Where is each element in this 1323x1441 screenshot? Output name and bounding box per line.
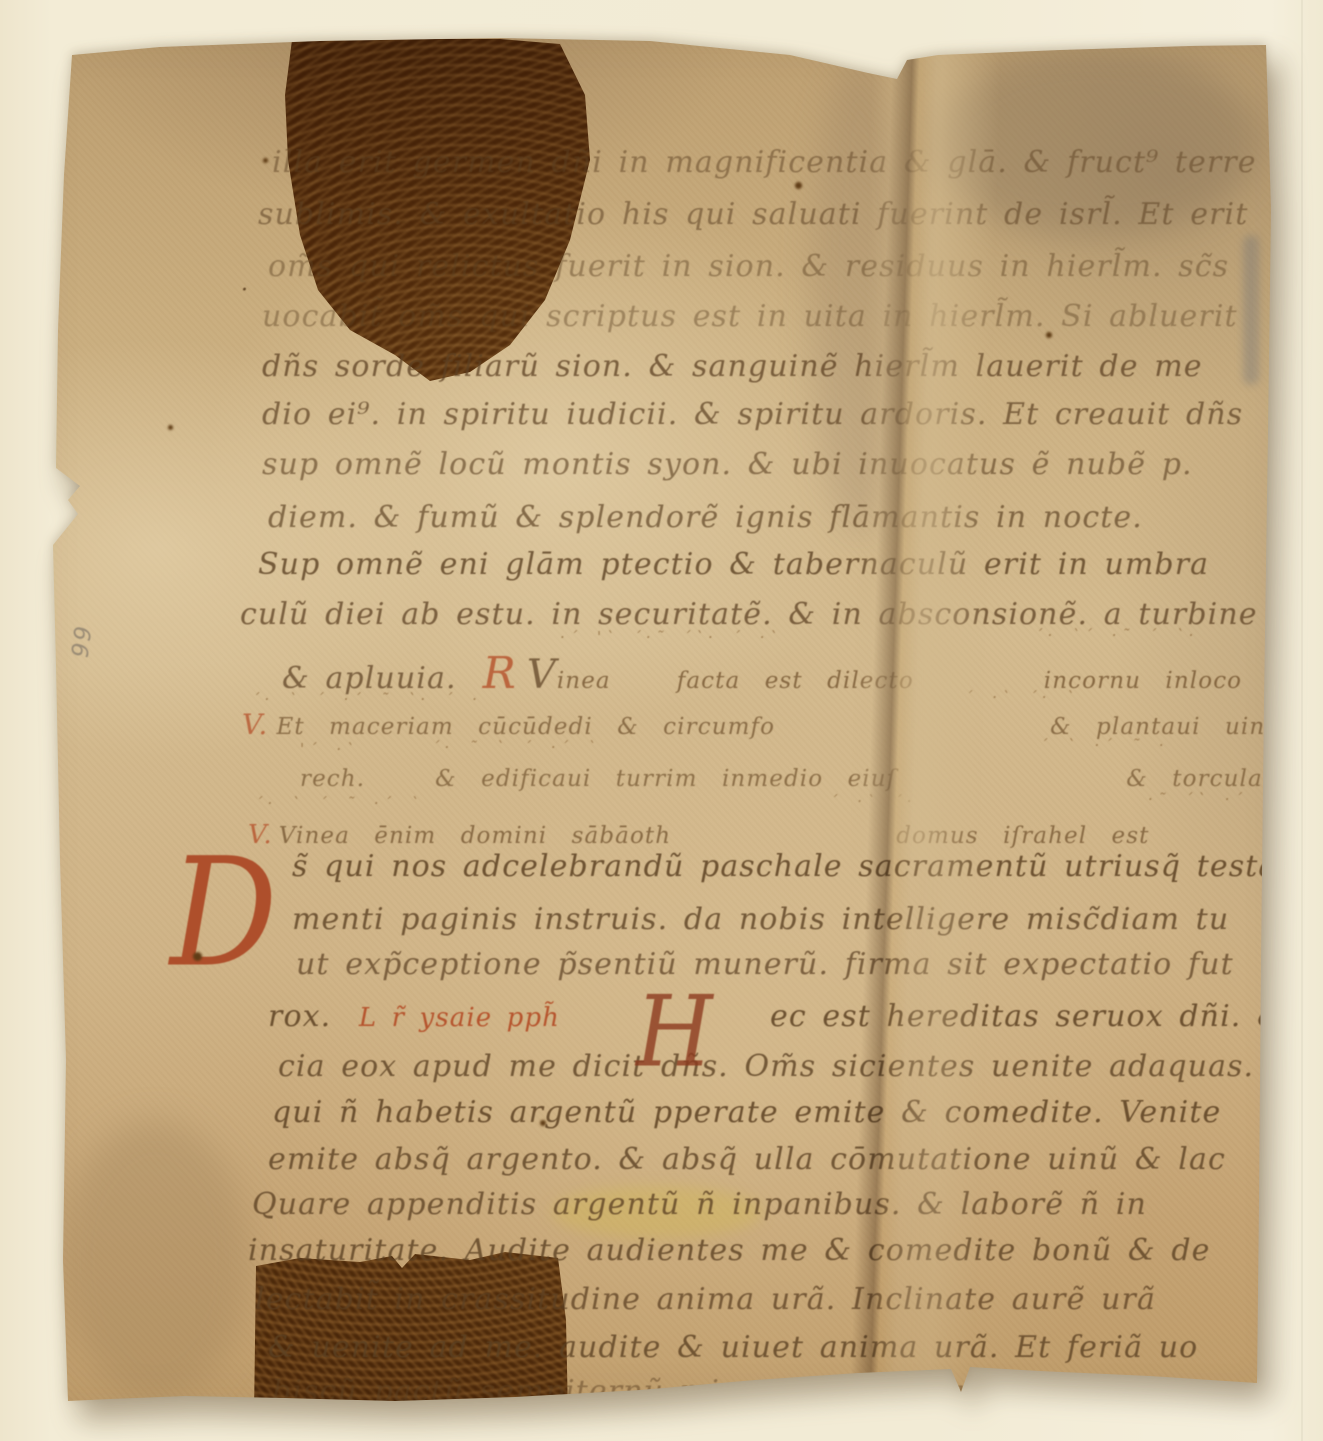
ink-segment: sup omnẽ locũ montis syon. & ubi inuocat…: [262, 447, 1193, 482]
ink-segment: illa erit germen dñi in magnificentia & …: [272, 145, 1257, 180]
text-line: biscũ pactũ sempiternũ misericordias dau…: [272, 1377, 1130, 1407]
text-line: lectabit̃ in crassitudine anima urã. Inc…: [255, 1285, 1156, 1315]
neume-row: '´ ·`: [300, 742, 359, 757]
text-line: diem. & fumũ & splendorẽ ignis flāmantis…: [268, 503, 1143, 533]
ink-speck: [1046, 332, 1052, 338]
ink-segment: ·´ '` ´·˜ ´`· ´ ·`: [560, 628, 782, 646]
ink-segment: V: [527, 652, 557, 698]
ink-segment: s̃ qui nos adcelebrandũ paschale sacrame…: [292, 849, 1277, 884]
ink-speck: [540, 1120, 546, 1126]
text-line: sublimis. & exultatio his qui saluati fu…: [258, 200, 1248, 230]
rubric-segment: R: [483, 648, 517, 699]
ink-segment: biscũ pactũ sempiternũ misericordias dau…: [272, 1374, 1130, 1409]
ink-segment: cia eox apud me dicit dñs. Om̃s siciente…: [278, 1049, 1298, 1084]
ink-segment: om̃s qui relictus fuerit in sion. & resi…: [268, 249, 1229, 284]
initial-D: D: [170, 838, 279, 988]
text-line: sup omnẽ locũ montis syon. & ubi inuocat…: [262, 450, 1193, 480]
ink-speck: [193, 952, 202, 961]
ink-segment: dio ei⁹. in spiritu iudicii. & spiritu a…: [262, 397, 1243, 432]
ink-segment: & uenite ad me. audite & uiuet anima urã…: [268, 1330, 1198, 1365]
neume-row: ·´ '` ´·˜ ´`· ´ ·`: [560, 630, 782, 645]
text-line: om̃s qui relictus fuerit in sion. & resi…: [268, 252, 1229, 282]
rubric-segment: V.: [242, 708, 268, 741]
parchment-shadow: 99 · illa erit germen dñi in magnificent…: [0, 0, 1323, 1441]
ink-segment: emite absq̃ argento. & absq̃ ulla cōmuta…: [268, 1142, 1226, 1177]
text-line: dio ei⁹. in spiritu iudicii. & spiritu a…: [262, 400, 1243, 430]
text-line: s̃ qui nos adcelebrandũ paschale sacrame…: [292, 852, 1277, 882]
text-line: ut exp̃ceptione p̃sentiũ munerũ. firma s…: [296, 950, 1234, 980]
ink-speck: [795, 182, 802, 189]
ink-segment: '´ ·`: [300, 740, 359, 758]
text-line: & uenite ad me. audite & uiuet anima urã…: [268, 1333, 1198, 1363]
text-line: Quare appenditis argentũ ñ inpanibus. & …: [252, 1190, 1147, 1220]
text-line: rech.& edificaui turrim inmedio eiuſ& to…: [300, 762, 1323, 792]
text-line: Sup omnẽ eni glām ptectio & tabernaculũ …: [258, 550, 1209, 580]
ink-segment: Vinea ēnim domini sābāoth: [279, 823, 671, 849]
ink-segment: ´· ` ´ ·´ ˜ `· ´ ·: [252, 690, 482, 708]
text-line: menti paginis instruis. da nobis intelli…: [292, 905, 1229, 935]
ink-segment: ´ ` ·´ ˜ ·: [1040, 736, 1169, 754]
ink-segment: incornu inloco ūber: [1044, 668, 1323, 694]
parchment: 99 · illa erit germen dñi in magnificent…: [0, 0, 1323, 1441]
text-line: V.Vinea ēnim domini sābāothdomus iſrahel…: [248, 816, 1323, 849]
text-line: illa erit germen dñi in magnificentia & …: [272, 148, 1257, 178]
ink-segment: Et maceriam cūcūdedi & circumfo: [276, 714, 775, 740]
ink-segment: & edificaui turrim inmedio eiuſ: [435, 766, 896, 792]
neume-row: ´ ` ·´ ˜ ·: [1040, 738, 1169, 753]
ink-segment: inea: [557, 668, 611, 694]
text-line: dñs sorde filiarũ sion. & sanguinẽ hierl…: [262, 352, 1203, 382]
manuscript-photo: 99 · illa erit germen dñi in magnificent…: [0, 0, 1323, 1441]
ink-segment: diem. & fumũ & splendorẽ ignis flāmantis…: [268, 500, 1143, 535]
text-line: insaturitate. Audite audientes me & come…: [248, 1236, 1211, 1266]
ink-segment: Quare appenditis argentũ ñ inpanibus. & …: [252, 1187, 1147, 1222]
ink-segment: ´· ˜ ` ´ ·´ `: [432, 738, 600, 756]
text-line: emite absq̃ argento. & absq̃ ulla cōmuta…: [268, 1145, 1226, 1175]
rubric-segment: OR: [1280, 813, 1323, 851]
text-line: rox. L r̃ ysaie pph̃ec est hereditas ser…: [268, 1002, 1323, 1032]
neume-row: ´· `´ ·˜ ´ `·: [1035, 628, 1198, 643]
ink-segment: lectabit̃ in crassitudine anima urã. Inc…: [255, 1282, 1156, 1317]
text-layer: 99 · illa erit germen dñi in magnificent…: [0, 0, 1323, 1441]
text-line: qui ñ habetis argentũ pperate emite & co…: [272, 1098, 1221, 1128]
ink-segment: dñs sorde filiarũ sion. & sanguinẽ hierl…: [262, 349, 1203, 384]
margin-dot: ·: [241, 278, 249, 303]
ink-segment: qui ñ habetis argentũ pperate emite & co…: [272, 1095, 1221, 1130]
ink-segment: Sup omnẽ eni glām ptectio & tabernaculũ …: [258, 547, 1209, 582]
text-line: cia eox apud me dicit dñs. Om̃s siciente…: [278, 1052, 1298, 1082]
ink-segment: ut exp̃ceptione p̃sentiũ munerũ. firma s…: [296, 947, 1234, 982]
ink-segment: ´· `´ ·˜ ´ `·: [1035, 626, 1198, 644]
initial-H: H: [636, 983, 714, 1082]
ink-segment: ´· ` ´ ˜ ·´ `: [255, 794, 423, 812]
ink-segment: ec est hereditas seruox dñi. & ius: [770, 999, 1323, 1034]
neume-row: ´· ` ´ ·´ ˜ `· ´ ·: [252, 692, 482, 707]
ink-segment: rox.: [268, 999, 347, 1034]
ink-speck: [168, 425, 173, 430]
text-line: uocabit̃ om̃s qui scriptus est in uita i…: [262, 302, 1238, 332]
neume-row: ´· ` ´ ˜ ·´ `: [255, 796, 423, 811]
rubric-segment: L r̃ ysaie pph̃: [359, 1003, 560, 1033]
ink-segment: rech.: [300, 766, 365, 792]
ink-segment: menti paginis instruis. da nobis intelli…: [292, 902, 1229, 937]
ink-segment: sublimis. & exultatio his qui saluati fu…: [258, 197, 1248, 232]
neume-row: ·˜ ´` ·´: [1148, 792, 1247, 807]
pencil-number: 99: [68, 623, 98, 659]
ink-speck: [263, 158, 268, 163]
ink-segment: & torcular fodi inea: [1126, 766, 1323, 792]
ink-segment: insaturitate. Audite audientes me & come…: [248, 1233, 1211, 1268]
ink-segment: uocabit̃ om̃s qui scriptus est in uita i…: [262, 299, 1238, 334]
ink-segment: ·˜ ´` ·´: [1148, 790, 1247, 808]
neume-row: ´· ˜ ` ´ ·´ `: [432, 740, 600, 755]
